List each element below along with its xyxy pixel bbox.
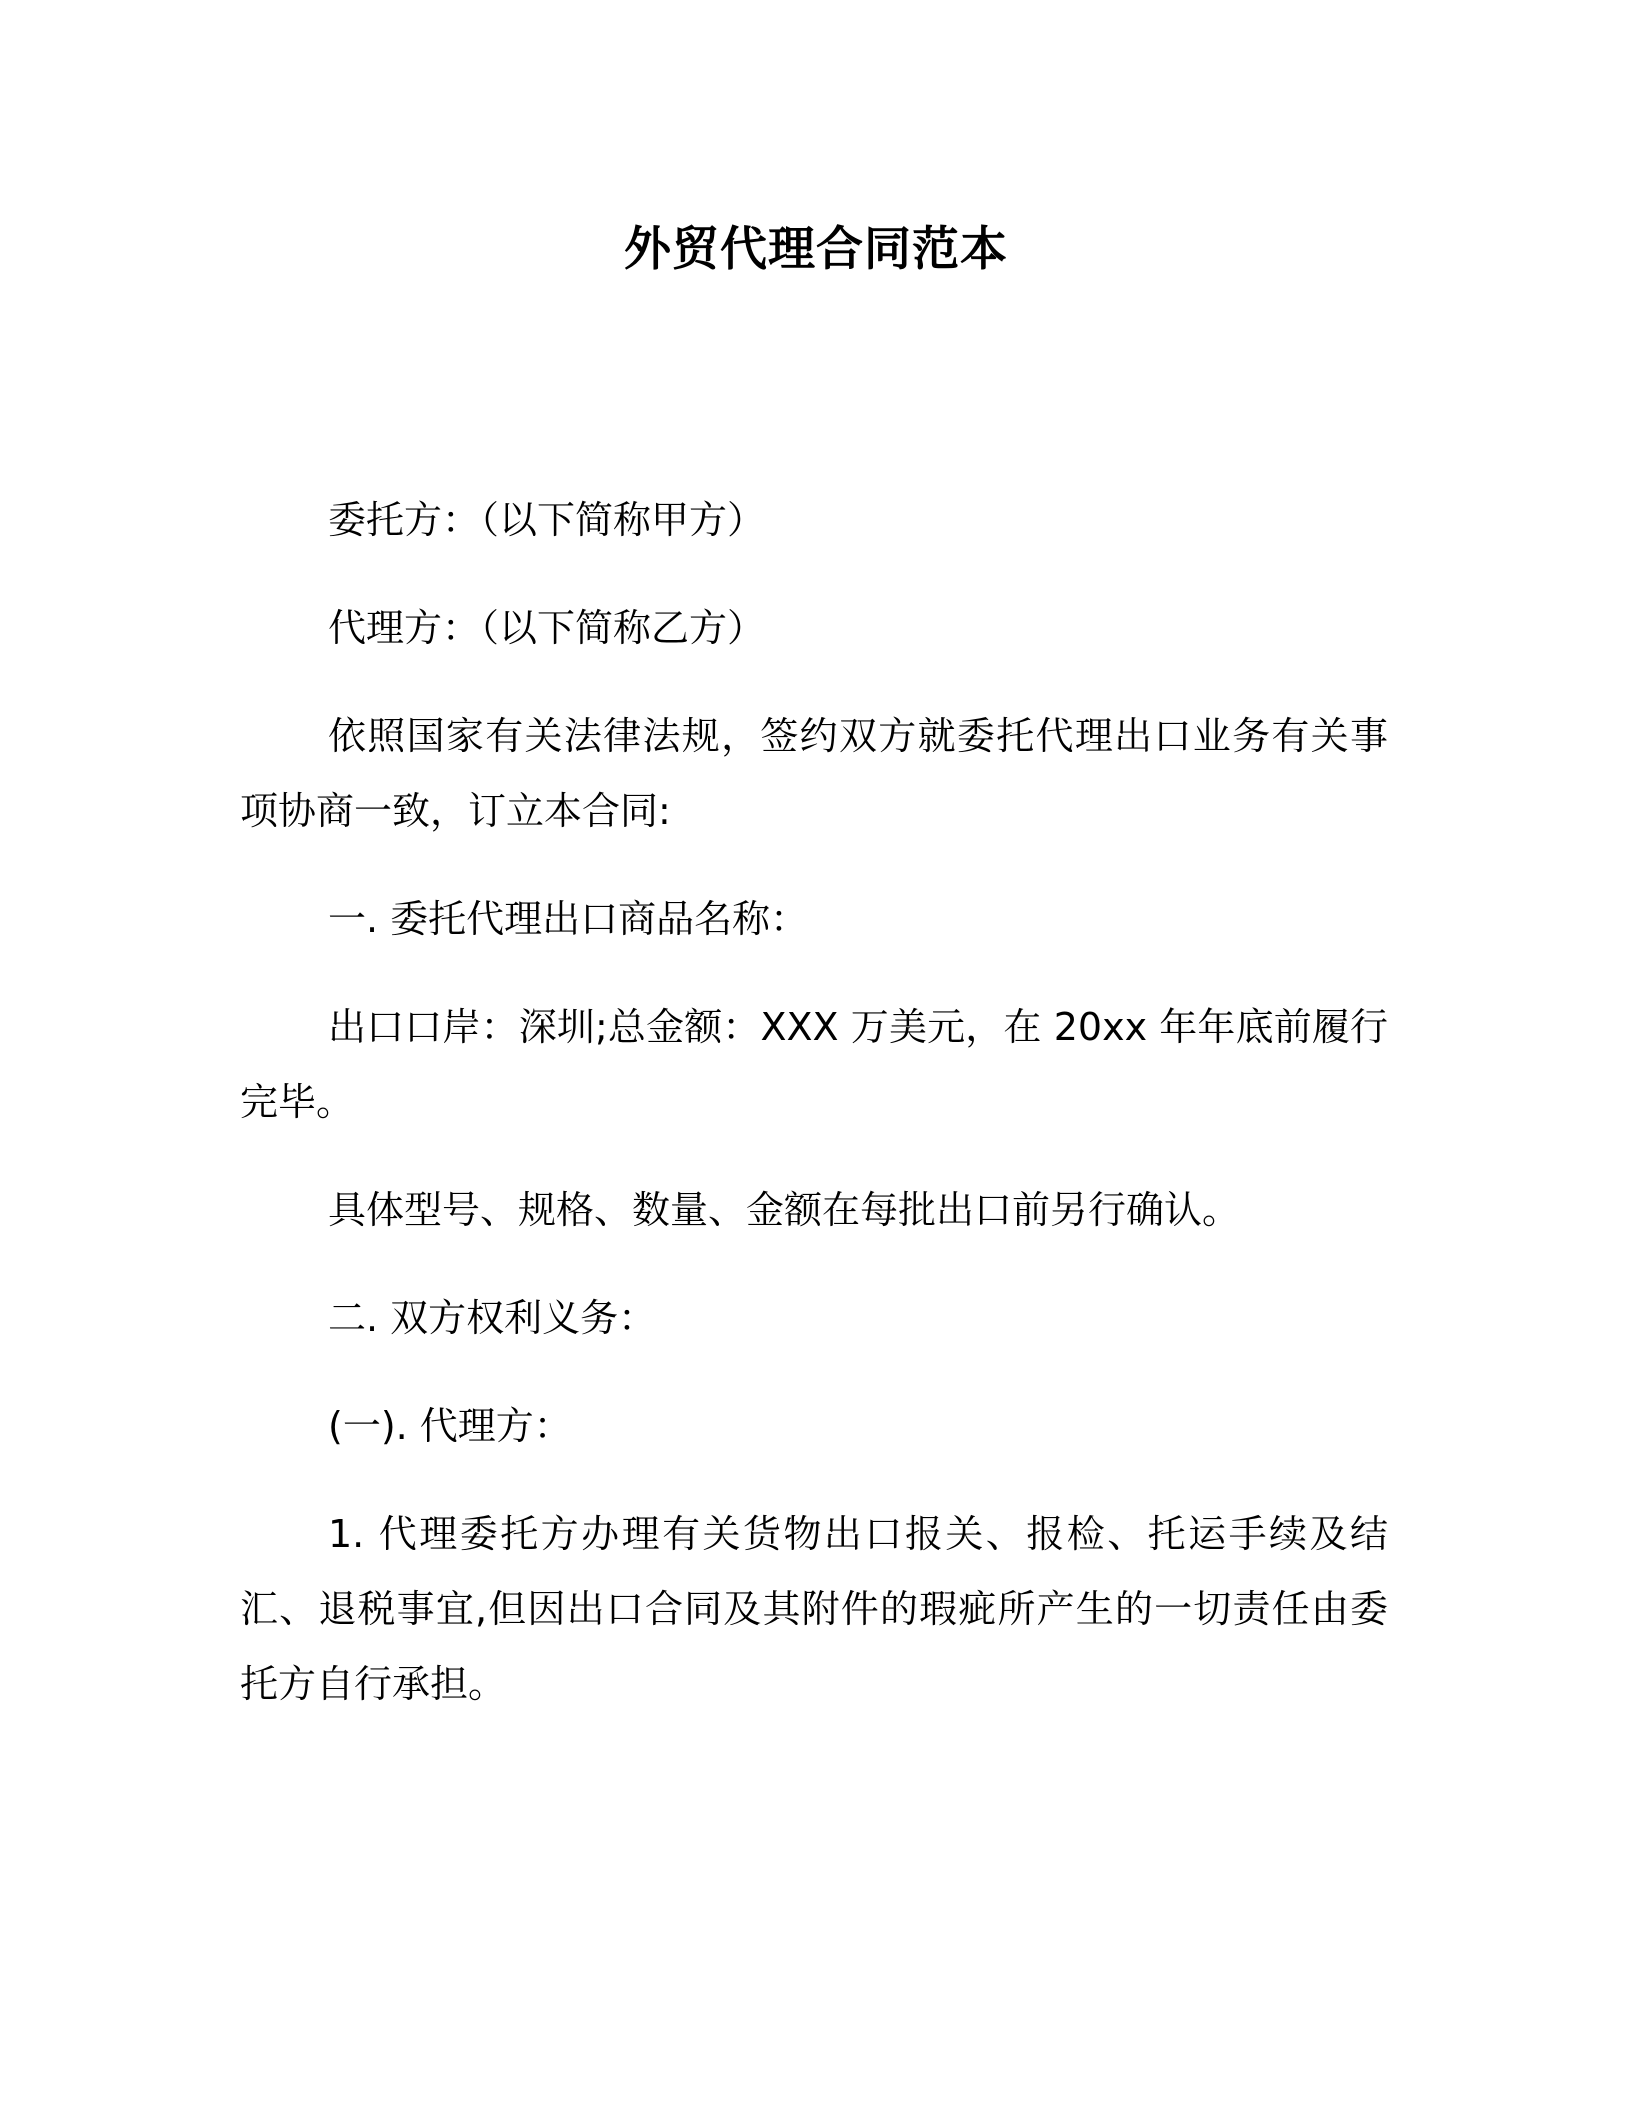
subsection-agent-heading: (一). 代理方： (240, 1389, 1388, 1464)
document-title: 外贸代理合同范本 (0, 222, 1632, 278)
preamble-paragraph: 依照国家有关法律法规，签约双方就委托代理出口业务有关事项协商一致，订立本合同: (240, 699, 1388, 849)
party-entrustor-line: 委托方：（以下简称甲方） (240, 483, 1388, 558)
document-body: 委托方：（以下简称甲方） 代理方：（以下简称乙方） 依照国家有关法律法规，签约双… (240, 483, 1388, 1722)
export-port-amount-paragraph: 出口口岸：深圳;总金额：XXX 万美元，在 20xx 年年底前履行完毕。 (240, 990, 1388, 1140)
party-agent-line: 代理方：（以下简称乙方） (240, 591, 1388, 666)
batch-confirmation-paragraph: 具体型号、规格、数量、金额在每批出口前另行确认。 (240, 1173, 1388, 1248)
section-one-heading: 一. 委托代理出口商品名称： (240, 882, 1388, 957)
section-two-heading: 二. 双方权利义务： (240, 1281, 1388, 1356)
contract-document-page: 外贸代理合同范本 委托方：（以下简称甲方） 代理方：（以下简称乙方） 依照国家有… (0, 0, 1632, 2112)
agent-duty-item-1: 1. 代理委托方办理有关货物出口报关、报检、托运手续及结汇、退税事宜,但因出口合… (240, 1497, 1388, 1722)
